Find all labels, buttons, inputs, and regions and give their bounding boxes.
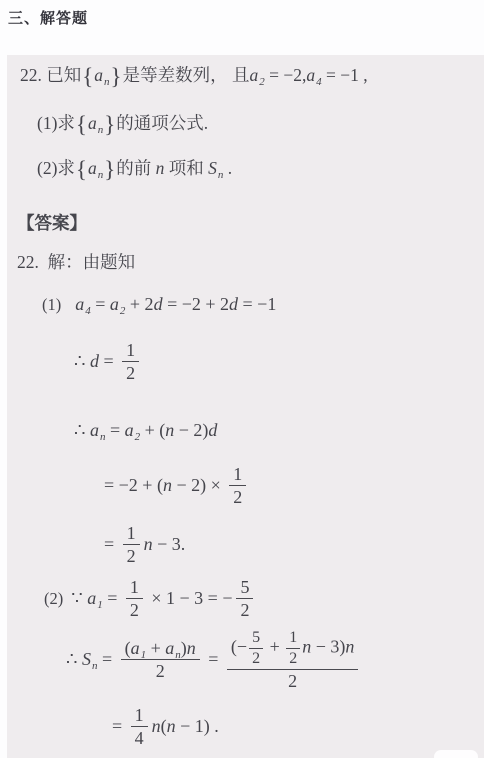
step-label: (1) [42,295,61,314]
solution-line-an: ∴ an = a2 + (n − 2)d [74,419,217,442]
close-brace: } [103,112,116,137]
solution-line-sn: ∴ Sn = (a1 + an)n2 = (−52 + 12n − 3)n2 [66,629,362,691]
because-symbol: ∵ [71,588,87,608]
fraction-numerator: 1 [229,464,246,486]
fraction-numerator: 5 [236,577,253,599]
math-var: a [87,588,96,608]
math-text: = [112,716,127,737]
fraction-nested: 12 [286,629,300,668]
stem-text: 22. 已知 [20,65,81,85]
math-var-an: an [88,158,103,178]
math-var: a [90,420,99,440]
math-var-n: n [163,475,172,495]
math-var-a2: a2 [125,420,141,440]
math-var-a1: a1 [87,588,103,608]
fraction-numerator: 5 [249,629,263,649]
math-var-an: an [94,65,109,85]
math-var-an: an [88,113,103,133]
therefore-symbol: ∴ [74,351,90,371]
fraction-numerator: (−52 + 12n − 3)n [227,629,358,670]
fraction-denominator: 2 [130,599,139,620]
fraction-denominator: 2 [252,649,260,668]
question-text: (2)求 [37,158,75,178]
fraction-sum-formula: (a1 + an)n2 [121,638,200,681]
fraction: 14 [131,705,148,748]
math-text: (− [231,637,247,657]
fraction-denominator: 2 [288,670,297,691]
math-text: = [91,294,110,314]
fraction-nested: 52 [249,629,263,668]
math-var-a2: a2 [110,294,126,314]
bottom-overlay-pill [434,750,478,758]
fraction-numerator: 1 [123,523,140,545]
math-text: n − 3. [144,534,186,555]
math-var: S [208,158,217,178]
fraction-denominator: 2 [240,599,249,620]
math-text: = [204,649,223,670]
math-var-n: n [165,420,174,440]
math-text: = −1 [238,294,276,314]
fraction-numerator: 1 [122,340,139,362]
math-text: = −2 + 2 [163,294,229,314]
math-var: a [88,158,97,178]
math-var-d: d [229,294,238,314]
fraction-denominator: 2 [127,545,136,566]
math-text: = [103,588,122,608]
math-text: + 2 [125,294,153,314]
math-var: a [165,638,174,658]
math-text: − 2) [174,420,208,440]
solution-line-d: ∴ d = 12 [74,340,143,383]
math-text: − 3. [153,534,186,554]
math-var-n: n [144,534,153,554]
stem-text: 是等差数列， 且 [123,65,250,85]
fraction-denominator: 2 [156,660,165,681]
math-text: = [105,420,124,440]
stem-text: = −2, [265,65,307,85]
math-var-d: d [208,420,217,440]
document-page: 三、解答题 22. 已知{an}是等差数列， 且a2 = −2,a4 = −1 … [0,0,484,758]
math-text: = [99,351,118,371]
math-sub: n [104,76,110,88]
math-var: a [249,65,258,85]
math-var-a4: a4 [75,294,91,314]
close-brace: } [110,64,123,89]
solution-line-final: = 14n(n − 1) . [112,705,219,748]
solution-step-1: (1)a4 = a2 + 2d = −2 + 2d = −1 [42,293,276,316]
fraction-numerator: 1 [131,705,148,727]
math-var-n: n [187,638,196,658]
fraction-numerator: 1 [126,577,143,599]
math-var-a2: a2 [249,65,264,85]
question-text: 的通项公式. [116,113,208,133]
step-label: (2) [44,589,63,609]
math-text: ∴ d = [74,351,118,372]
fraction-numerator: (a1 + an)n [121,638,200,660]
math-text: − 3) [311,637,345,657]
math-var: a [88,113,97,133]
fraction-numerator: 1 [286,629,300,649]
section-header: 三、解答题 [8,7,88,28]
fraction-denominator: 4 [135,727,144,748]
math-text: ∵ a1 = [71,588,122,609]
math-var: S [82,649,91,669]
math-var-n: n [152,716,161,736]
math-text: + [146,638,165,658]
math-text: × 1 − 3 = − [147,588,233,609]
math-var-a4: a4 [306,65,321,85]
open-brace: { [75,112,88,137]
math-var: a [75,294,84,314]
math-text: = [104,534,119,555]
math-text: ∴ Sn = [66,649,117,670]
math-var-an: an [90,420,106,440]
question-text: 项和 [164,158,208,178]
fraction-denominator: 2 [233,486,242,507]
math-var-n: n [167,716,176,736]
fraction-denominator: 2 [126,362,135,383]
math-var: a [94,65,103,85]
math-text: − 1) . [176,716,219,736]
open-brace: { [81,64,94,89]
fraction: 12 [123,523,140,566]
question-1: (1)求{an}的通项公式. [37,111,208,140]
math-text: = −2 + ( [104,475,163,495]
math-var: a [306,65,315,85]
math-text: + ( [140,420,165,440]
question-text: (1)求 [37,113,75,133]
math-var-Sn: Sn [208,158,223,178]
question-text: . [223,158,232,178]
math-text: + [265,637,284,657]
question-text: 的前 [116,158,155,178]
open-brace: { [75,157,88,182]
math-var-a1: a1 [131,638,147,658]
math-var-n: n [302,637,311,657]
math-text: = [97,649,116,669]
fraction-denominator: 2 [289,649,297,668]
fraction: 12 [122,340,139,383]
problem-stem: 22. 已知{an}是等差数列， 且a2 = −2,a4 = −1 , [20,63,368,92]
fraction: 12 [229,464,246,507]
math-var: a [125,420,134,440]
solution-intro: 22. 解：由题知 [17,252,135,274]
math-var-an: an [165,638,181,658]
therefore-symbol: ∴ [66,649,82,669]
therefore-symbol: ∴ [74,420,90,440]
fraction: 12 [126,577,143,620]
math-text: − 2) × [172,475,225,495]
math-text: = −2 + (n − 2) × [104,475,225,496]
solution-step-2: (2)∵ a1 = 12 × 1 − 3 = −52 [44,577,257,620]
close-brace: } [103,157,116,182]
math-var-Sn: Sn [82,649,98,669]
question-2: (2)求{an}的前 n 项和 Sn . [37,156,232,185]
fraction-sum-evaluated: (−52 + 12n − 3)n2 [227,629,358,691]
fraction: 52 [236,577,253,620]
solution-line-sub: = −2 + (n − 2) × 12 [104,464,250,507]
math-text: n(n − 1) . [152,716,219,737]
solution-line-general-term: = 12n − 3. [104,523,185,566]
math-var-n: n [345,637,354,657]
math-var-d: d [90,351,99,371]
math-var-d: d [154,294,163,314]
math-var: a [110,294,119,314]
stem-text: = −1 , [322,65,368,85]
math-var: a [131,638,140,658]
answer-header: 【答案】 [17,213,87,235]
